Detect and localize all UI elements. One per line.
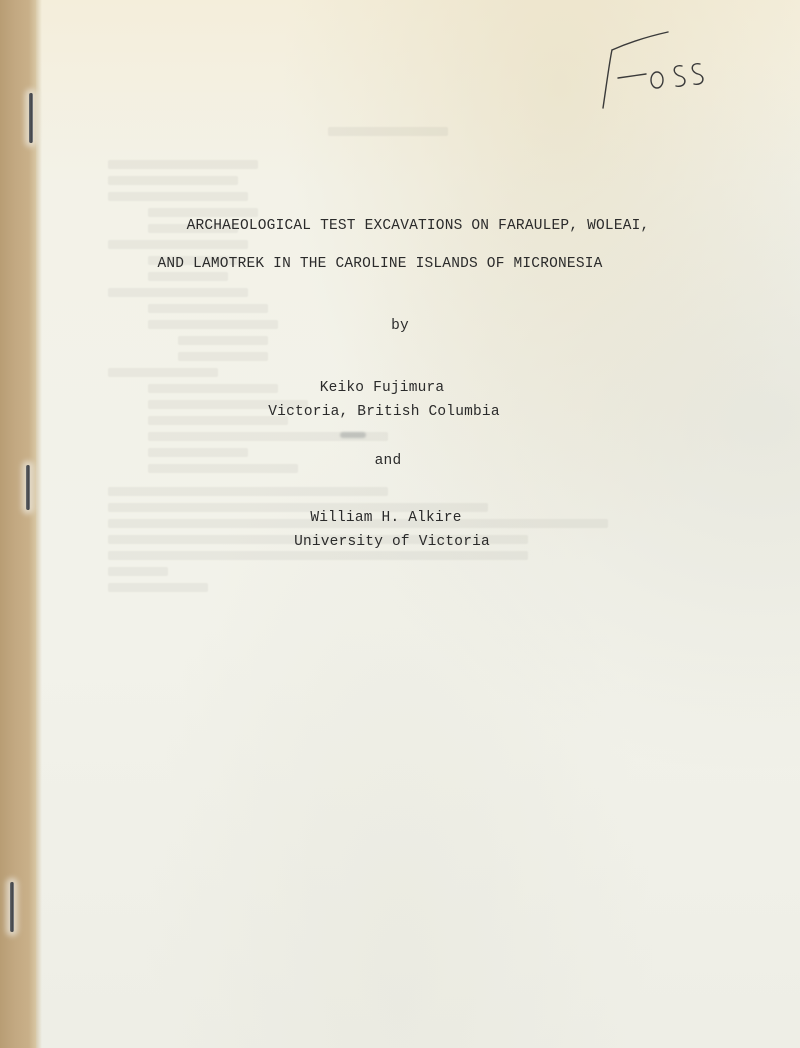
conjunction-and: and — [0, 453, 788, 469]
staple-middle — [26, 465, 30, 510]
author-1-name: Keiko Fujimura — [0, 380, 782, 396]
title-line-1: ARCHAEOLOGICAL TEST EXCAVATIONS ON FARAU… — [18, 218, 800, 234]
staple-bottom — [10, 882, 14, 932]
show-through-table-of-contents — [108, 120, 708, 599]
scanned-page: ARCHAEOLOGICAL TEST EXCAVATIONS ON FARAU… — [0, 0, 800, 1048]
author-1-affiliation: Victoria, British Columbia — [0, 404, 784, 420]
author-2-affiliation: University of Victoria — [0, 534, 792, 550]
handwritten-annotation — [600, 28, 730, 128]
author-2-name: William H. Alkire — [0, 510, 786, 526]
title-line-2: AND LAMOTREK IN THE CAROLINE ISLANDS OF … — [0, 256, 780, 272]
staple-top — [29, 93, 33, 143]
by-label: by — [0, 318, 800, 334]
ink-smudge — [340, 432, 366, 438]
